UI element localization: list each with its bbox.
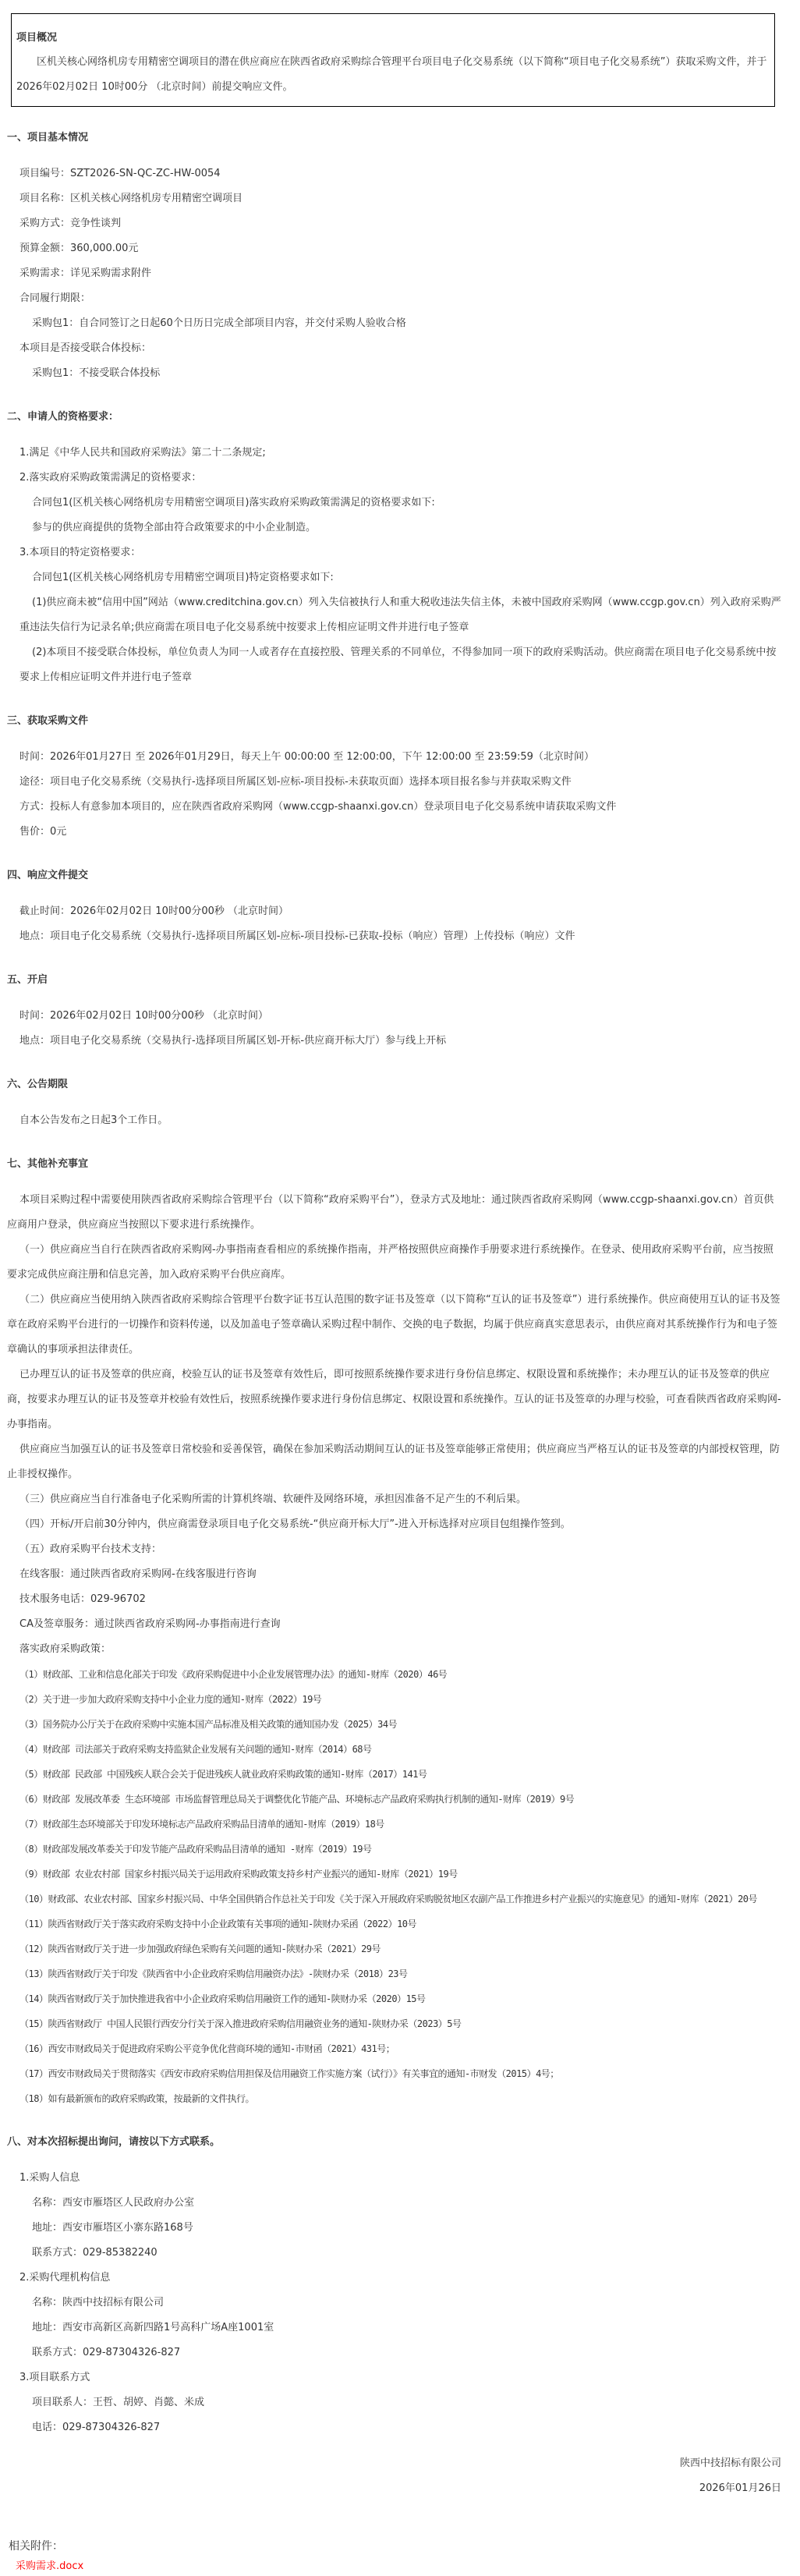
procurement-method: 采购方式：竞争性谈判 [19,211,800,236]
policy-item: （2）关于进一步加大政府采购支持中小企业力度的通知-财库（2022）19号 [19,1687,781,1712]
qualification-req-2-package: 合同包1(区机关核心网络机房专用精密空调项目)落实政府采购政策需满足的资格要求如… [32,491,800,516]
section-basic-info-heading: 一、项目基本情况 [7,126,800,151]
policy-item: （9）财政部 农业农村部 国家乡村振兴局关于运用政府采购政策支持乡村产业振兴的通… [19,1862,781,1887]
overview-text: 区机关核心网络机房专用精密空调项目的潜在供应商应在陕西省政府采购综合管理平台项目… [16,50,768,100]
section-opening-heading: 五、开启 [7,968,800,993]
qualification-req-3-package: 合同包1(区机关核心网络机房专用精密空调项目)特定资格要求如下: [32,565,800,590]
attachment-link-procurement-requirement[interactable]: 采购需求.docx [16,2557,83,2576]
support-ca: CA及签章服务：通过陕西省政府采购网-办事指南进行查询 [19,1612,800,1637]
other-p2c: 供应商应当加强互认的证书及签章日常校验和妥善保管，确保在参加采购活动期间互认的证… [7,1437,781,1487]
project-contact-phone: 电话：029-87304326-827 [32,2415,800,2440]
other-p2b: 已办理互认的证书及签章的供应商，校验互认的证书及签章有效性后，即可按照系统操作要… [7,1362,781,1437]
qualification-req-1: 1.满足《中华人民共和国政府采购法》第二十二条规定; [19,441,800,466]
other-p1: （一）供应商应当自行在陕西省政府采购网-办事指南查看相应的系统操作指南，并严格按… [7,1238,781,1288]
policy-item: （12）陕西省财政厅关于进一步加强政府绿色采购有关问题的通知-陕财办采（2021… [19,1936,781,1961]
obtain-route: 途径：项目电子化交易系统（交易执行-选择项目所属区划-应标-项目投标-未获取页面… [19,770,800,795]
qualification-req-3-item-2: (2)本项目不接受联合体投标，单位负责人为同一人或者存在直接控股、管理关系的不同… [19,640,781,690]
purchaser-label: 1.采购人信息 [19,2166,800,2191]
submission-deadline: 截止时间：2026年02月02日 10时00分00秒 （北京时间） [19,899,800,924]
consortium-value: 采购包1：不接受联合体投标 [32,361,800,386]
policy-item: （11）陕西省财政厅关于落实政府采购支持中小企业政策有关事项的通知-陕财办采函（… [19,1912,781,1936]
policy-item: （18）如有最新颁布的政府采购政策，按最新的文件执行。 [19,2086,781,2111]
policy-item: （1）财政部、工业和信息化部关于印发《政府采购促进中小企业发展管理办法》的通知-… [19,1662,781,1687]
policy-item: （17）西安市财政局关于贯彻落实《西安市政府采购信用担保及信用融资工作实施方案（… [19,2061,781,2086]
obtain-price: 售价：0元 [19,820,800,845]
policy-item: （3）国务院办公厅关于在政府采购中实施本国产品标准及相关政策的通知国办发（202… [19,1712,781,1737]
submission-location: 地点：项目电子化交易系统（交易执行-选择项目所属区划-应标-项目投标-已获取-投… [19,924,800,949]
procurement-requirement: 采购需求：详见采购需求附件 [19,261,800,286]
project-contact-people: 项目联系人：王哲、胡婷、肖懿、米成 [32,2390,800,2415]
project-name: 项目名称：区机关核心网络机房专用精密空调项目 [19,186,800,211]
qualification-req-2-detail: 参与的供应商提供的货物全部由符合政策要求的中小企业制造。 [32,516,800,540]
policy-item: （4）财政部 司法部关于政府采购支持监狱企业发展有关问题的通知-财库（2014）… [19,1737,781,1762]
attachments-label: 相关附件： [9,2535,800,2557]
policy-item: （15）陕西省财政厅 中国人民银行西安分行关于深入推进政府采购信用融资业务的通知… [19,2011,781,2036]
signature-date: 2026年01月26日 [0,2476,781,2501]
section-qualification-heading: 二、申请人的资格要求： [7,405,800,430]
purchaser-address: 地址：西安市雁塔区小寨东路168号 [32,2216,800,2241]
support-phone: 技术服务电话：029-96702 [19,1587,800,1612]
other-p3: （三）供应商应当自行准备电子化采购所需的计算机终端、软硬件及网络环境，承担因准备… [7,1487,781,1512]
qualification-req-3: 3.本项目的特定资格要求： [19,540,800,565]
overview-title: 项目概况 [16,27,768,50]
other-p4: （四）开标/开启前30分钟内，供应商需登录项目电子化交易系统-“供应商开标大厅”… [7,1512,781,1537]
agency-label: 2.采购代理机构信息 [19,2266,800,2291]
section-obtain-docs-heading: 三、获取采购文件 [7,709,800,734]
other-p5: （五）政府采购平台技术支持： [19,1537,800,1562]
notice-period-text: 自本公告发布之日起3个工作日。 [19,1108,800,1133]
agency-name: 名称：陕西中技招标有限公司 [32,2291,800,2316]
announcement-page: 项目概况 区机关核心网络机房专用精密空调项目的潜在供应商应在陕西省政府采购综合管… [0,13,800,2576]
section-contact-heading: 八、对本次招标提出询问，请按以下方式联系。 [7,2130,800,2155]
policy-item: （8）财政部发展改革委关于印发节能产品政府采购品目清单的通知 -财库（2019）… [19,1837,781,1862]
qualification-req-3-item-1: (1)供应商未被“信用中国”网站（www.creditchina.gov.cn）… [19,590,781,640]
obtain-time: 时间：2026年01月27日 至 2026年01月29日，每天上午 00:00:… [19,745,800,770]
policy-item: （7）财政部生态环境部关于印发环境标志产品政府采购品目清单的通知-财库（2019… [19,1812,781,1837]
other-p2: （二）供应商应当使用纳入陕西省政府采购综合管理平台数字证书互认范围的数字证书及签… [7,1288,781,1362]
project-overview-box: 项目概况 区机关核心网络机房专用精密空调项目的潜在供应商应在陕西省政府采购综合管… [11,13,775,107]
policy-item: （5）财政部 民政部 中国残疾人联合会关于促进残疾人就业政府采购政策的通知-财库… [19,1762,781,1787]
policy-item: （16）西安市财政局关于促进政府采购公平竞争优化营商环境的通知-市财函（2021… [19,2036,781,2061]
policy-item: （13）陕西省财政厅关于印发《陕西省中小企业政府采购信用融资办法》-陕财办采（2… [19,1961,781,1986]
section-notice-period-heading: 六、公告期限 [7,1072,800,1097]
support-online: 在线客服：通过陕西省政府采购网-在线客服进行咨询 [19,1562,800,1587]
purchaser-name: 名称：西安市雁塔区人民政府办公室 [32,2191,800,2216]
obtain-method: 方式：投标人有意参加本项目的，应在陕西省政府采购网（www.ccgp-shaan… [19,795,800,820]
agency-address: 地址：西安市高新区高新四路1号高科广场A座1001室 [32,2316,800,2340]
agency-contact: 联系方式：029-87304326-827 [32,2340,800,2365]
policy-label: 落实政府采购政策： [19,1637,800,1662]
other-intro: 本项目采购过程中需要使用陕西省政府采购综合管理平台（以下简称“政府采购平台”），… [7,1188,781,1238]
policy-item: （6）财政部 发展改革委 生态环境部 市场监督管理总局关于调整优化节能产品、环境… [19,1787,781,1812]
contract-term-value: 采购包1：自合同签订之日起60个日历日完成全部项目内容，并交付采购人验收合格 [32,311,800,336]
consortium-label: 本项目是否接受联合体投标： [19,336,800,361]
signature-company: 陕西中技招标有限公司 [0,2451,781,2476]
project-number: 项目编号：SZT2026-SN-QC-ZC-HW-0054 [19,161,800,186]
opening-time: 时间：2026年02月02日 10时00分00秒 （北京时间） [19,1004,800,1029]
budget-amount: 预算金额：360,000.00元 [19,236,800,261]
qualification-req-2: 2.落实政府采购政策需满足的资格要求： [19,466,800,491]
purchaser-contact: 联系方式：029-85382240 [32,2241,800,2266]
section-other-matters-heading: 七、其他补充事宜 [7,1152,800,1177]
contract-term-label: 合同履行期限： [19,286,800,311]
opening-location: 地点：项目电子化交易系统（交易执行-选择项目所属区划-开标-供应商开标大厅）参与… [19,1029,800,1054]
policy-item: （14）陕西省财政厅关于加快推进我省中小企业政府采购信用融资工作的通知-陕财办采… [19,1986,781,2011]
policy-item: （10）财政部、农业农村部、国家乡村振兴局、中华全国供销合作总社关于印发《关于深… [19,1887,781,1912]
section-submission-heading: 四、响应文件提交 [7,863,800,888]
project-contact-label: 3.项目联系方式 [19,2365,800,2390]
